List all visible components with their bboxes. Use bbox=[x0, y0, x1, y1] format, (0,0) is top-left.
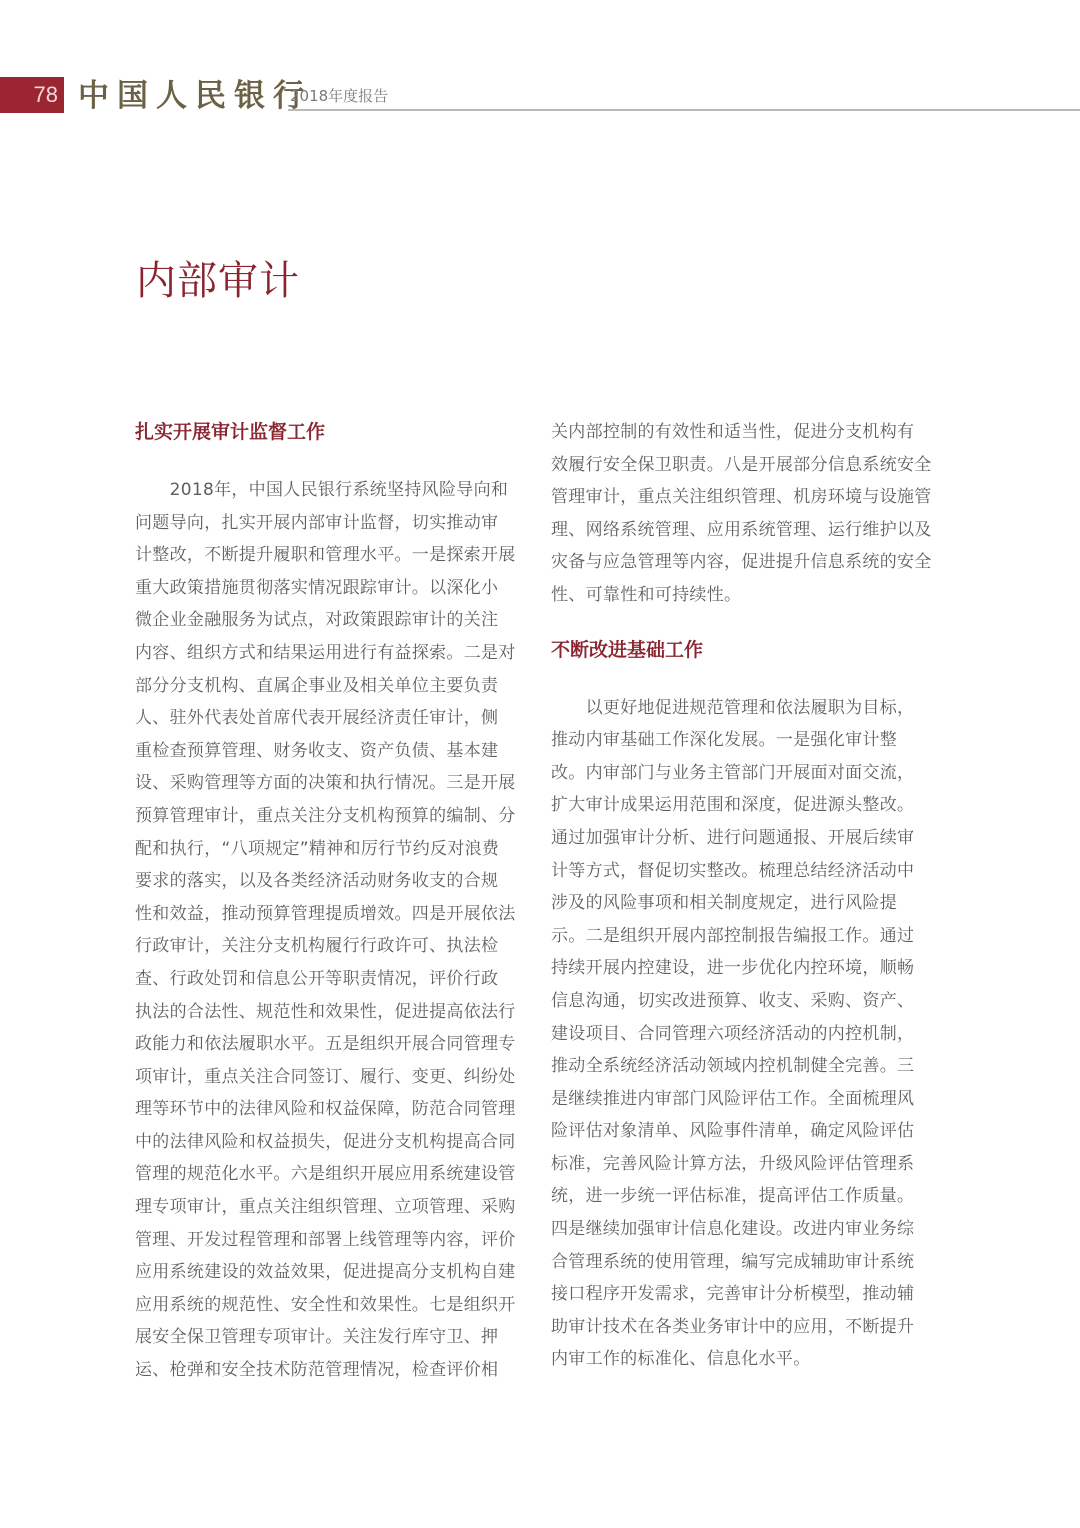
right-column: 关内部控制的有效性和适当性，促进分支机构有 效履行安全保卫职责。八是开展部分信息… bbox=[551, 416, 941, 1376]
text-line: 持续开展内控建设，进一步优化内控环境，顺畅 bbox=[551, 952, 941, 985]
text-line: 预算管理审计，重点关注分支机构预算的编制、分 bbox=[135, 800, 525, 833]
section-body-audit-supervision: 2018年，中国人民银行系统坚持风险导向和 问题导向，扎实开展内部审计监督，切实… bbox=[135, 474, 525, 1387]
text-line: 内容、组织方式和结果运用进行有益探索。二是对 bbox=[135, 637, 525, 670]
text-line: 推动内审基础工作深化发展。一是强化审计整 bbox=[551, 724, 941, 757]
text-line: 中的法律风险和权益损失，促进分支机构提高合同 bbox=[135, 1126, 525, 1159]
text-line: 计整改，不断提升履职和管理水平。一是探索开展 bbox=[135, 539, 525, 572]
text-line: 信息沟通，切实改进预算、收支、采购、资产、 bbox=[551, 985, 941, 1018]
page-title: 内部审计 bbox=[136, 254, 300, 308]
text-line: 展安全保卫管理专项审计。关注发行库守卫、押 bbox=[135, 1321, 525, 1354]
text-line: 政能力和依法履职水平。五是组织开展合同管理专 bbox=[135, 1028, 525, 1061]
text-line: 人、驻外代表处首席代表开展经济责任审计，侧 bbox=[135, 702, 525, 735]
section-heading-audit-supervision: 扎实开展审计监督工作 bbox=[135, 416, 525, 448]
text-line: 管理审计，重点关注组织管理、机房环境与设施管 bbox=[551, 481, 941, 514]
text-line: 是继续推进内审部门风险评估工作。全面梳理风 bbox=[551, 1083, 941, 1116]
section-body-basic-work: 以更好地促进规范管理和依法履职为目标， 推动内审基础工作深化发展。一是强化审计整… bbox=[551, 692, 941, 1376]
text-line: 问题导向，扎实开展内部审计监督，切实推动审 bbox=[135, 507, 525, 540]
text-line: 重检查预算管理、财务收支、资产负债、基本建 bbox=[135, 735, 525, 768]
text-line: 管理的规范化水平。六是组织开展应用系统建设管 bbox=[135, 1158, 525, 1191]
text-line: 要求的落实，以及各类经济活动财务收支的合规 bbox=[135, 865, 525, 898]
section-body-audit-supervision-continued: 关内部控制的有效性和适当性，促进分支机构有 效履行安全保卫职责。八是开展部分信息… bbox=[551, 416, 941, 612]
text-line: 部分分支机构、直属企事业及相关单位主要负责 bbox=[135, 670, 525, 703]
text-line: 运、枪弹和安全技术防范管理情况，检查评价相 bbox=[135, 1354, 525, 1387]
text-line: 灾备与应急管理等内容，促进提升信息系统的安全 bbox=[551, 546, 941, 579]
text-line: 以更好地促进规范管理和依法履职为目标， bbox=[551, 692, 941, 725]
text-line: 性和效益，推动预算管理提质增效。四是开展依法 bbox=[135, 898, 525, 931]
text-line: 统，进一步统一评估标准，提高评估工作质量。 bbox=[551, 1180, 941, 1213]
text-line: 应用系统的规范性、安全性和效果性。七是组织开 bbox=[135, 1289, 525, 1322]
text-line: 标准，完善风险计算方法，升级风险评估管理系 bbox=[551, 1148, 941, 1181]
text-line: 内审工作的标准化、信息化水平。 bbox=[551, 1343, 941, 1376]
text-line: 微企业金融服务为试点，对政策跟踪审计的关注 bbox=[135, 604, 525, 637]
text-line: 效履行安全保卫职责。八是开展部分信息系统安全 bbox=[551, 449, 941, 482]
text-line: 建设项目、合同管理六项经济活动的内控机制， bbox=[551, 1018, 941, 1051]
text-line: 性、可靠性和可持续性。 bbox=[551, 579, 941, 612]
header-divider bbox=[288, 109, 1080, 111]
text-line: 项审计，重点关注合同签订、履行、变更、纠纷处 bbox=[135, 1061, 525, 1094]
text-line: 应用系统建设的效益效果，促进提高分支机构自建 bbox=[135, 1256, 525, 1289]
text-line: 2018年，中国人民银行系统坚持风险导向和 bbox=[135, 474, 525, 507]
text-line: 推动全系统经济活动领域内控机制健全完善。三 bbox=[551, 1050, 941, 1083]
text-line: 设、采购管理等方面的决策和执行情况。三是开展 bbox=[135, 767, 525, 800]
text-line: 通过加强审计分析、进行问题通报、开展后续审 bbox=[551, 822, 941, 855]
text-line: 合管理系统的使用管理，编写完成辅助审计系统 bbox=[551, 1246, 941, 1279]
text-line: 查、行政处罚和信息公开等职责情况，评价行政 bbox=[135, 963, 525, 996]
text-line: 助审计技术在各类业务审计中的应用，不断提升 bbox=[551, 1311, 941, 1344]
text-line: 管理、开发过程管理和部署上线管理等内容，评价 bbox=[135, 1224, 525, 1257]
left-column: 扎实开展审计监督工作 2018年，中国人民银行系统坚持风险导向和 问题导向，扎实… bbox=[135, 416, 525, 1387]
text-line: 理、网络系统管理、应用系统管理、运行维护以及 bbox=[551, 514, 941, 547]
text-line: 重大政策措施贯彻落实情况跟踪审计。以深化小 bbox=[135, 572, 525, 605]
text-line: 理等环节中的法律风险和权益保障，防范合同管理 bbox=[135, 1093, 525, 1126]
section-heading-basic-work: 不断改进基础工作 bbox=[551, 634, 941, 666]
report-title: 2018年度报告 bbox=[290, 86, 388, 106]
text-line: 计等方式，督促切实整改。梳理总结经济活动中 bbox=[551, 855, 941, 888]
text-line: 险评估对象清单、风险事件清单，确定风险评估 bbox=[551, 1115, 941, 1148]
text-line: 扩大审计成果运用范围和深度，促进源头整改。 bbox=[551, 789, 941, 822]
text-line: 接口程序开发需求，完善审计分析模型，推动辅 bbox=[551, 1278, 941, 1311]
page-number: 78 bbox=[34, 82, 58, 107]
text-line: 示。二是组织开展内部控制报告编报工作。通过 bbox=[551, 920, 941, 953]
text-line: 四是继续加强审计信息化建设。改进内审业务综 bbox=[551, 1213, 941, 1246]
text-line: 理专项审计，重点关注组织管理、立项管理、采购 bbox=[135, 1191, 525, 1224]
text-line: 改。内审部门与业务主管部门开展面对面交流， bbox=[551, 757, 941, 790]
text-line: 配和执行，“八项规定”精神和厉行节约反对浪费 bbox=[135, 833, 525, 866]
text-line: 关内部控制的有效性和适当性，促进分支机构有 bbox=[551, 416, 941, 449]
publisher-logo: 中国人民银行 bbox=[78, 76, 312, 116]
text-line: 涉及的风险事项和相关制度规定，进行风险提 bbox=[551, 887, 941, 920]
text-line: 执法的合法性、规范性和效果性，促进提高依法行 bbox=[135, 996, 525, 1029]
text-line: 行政审计，关注分支机构履行行政许可、执法检 bbox=[135, 930, 525, 963]
page-number-badge: 78 bbox=[0, 77, 64, 113]
